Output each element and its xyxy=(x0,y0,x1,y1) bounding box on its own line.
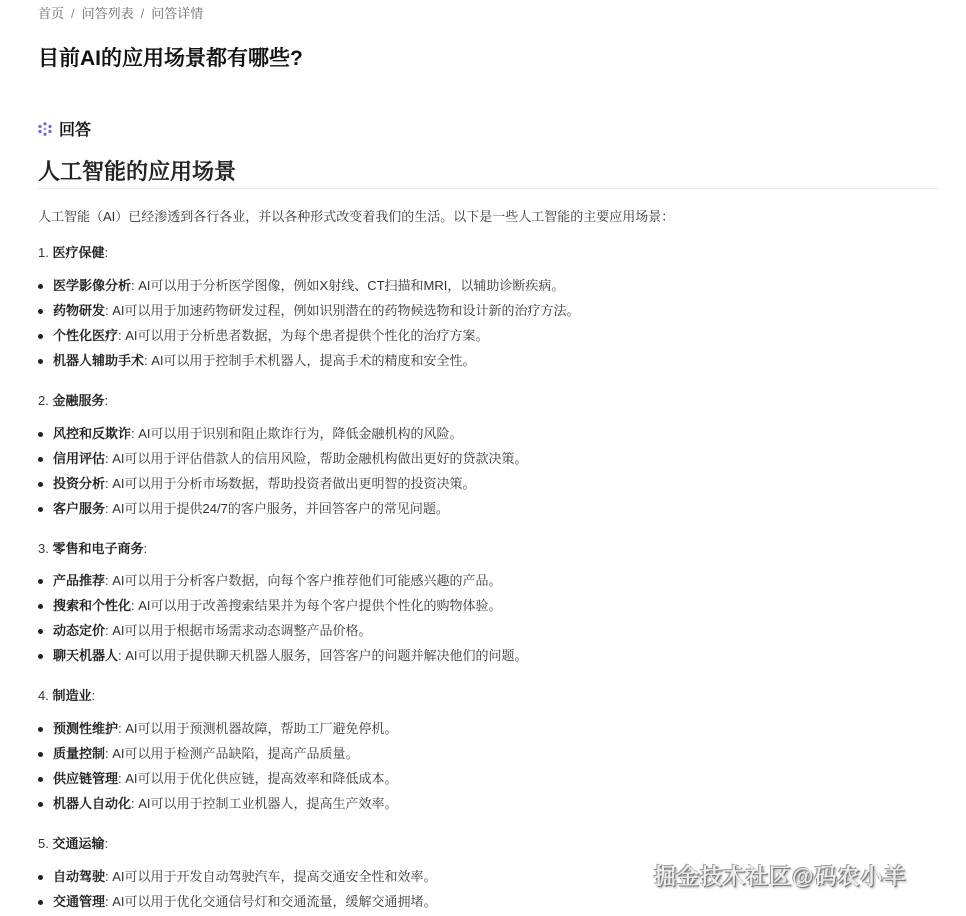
answer-intro: 人工智能（AI）已经渗透到各行各业，并以各种形式改变着我们的生活。以下是一些人工… xyxy=(38,206,674,225)
watermark: 掘金技术社区@码农小羊 xyxy=(654,860,906,891)
breadcrumb-current: 问答详情 xyxy=(151,6,203,21)
item-term: 动态定价 xyxy=(53,623,105,638)
item-term: 药物研发 xyxy=(53,303,105,318)
section-list: 自动驾驶: AI可以用于开发自动驾驶汽车，提高交通安全性和效率。 交通管理: A… xyxy=(38,864,437,914)
item-term: 投资分析 xyxy=(53,476,105,491)
item-term: 交通管理 xyxy=(53,894,105,909)
section-title: 制造业 xyxy=(52,688,91,703)
section-title: 医疗保健 xyxy=(52,245,104,260)
list-item: 机器人辅助手术: AI可以用于控制手术机器人，提高手术的精度和安全性。 xyxy=(38,348,580,373)
list-item: 风控和反欺诈: AI可以用于识别和阻止欺诈行为，降低金融机构的风险。 xyxy=(38,421,528,446)
list-item: 自动驾驶: AI可以用于开发自动驾驶汽车，提高交通安全性和效率。 xyxy=(38,864,437,889)
section-title: 零售和电子商务 xyxy=(52,541,143,556)
section-colon: : xyxy=(91,688,95,703)
section-colon: : xyxy=(104,836,108,851)
section-heading: 2. 金融服务: xyxy=(38,390,108,409)
list-item: 客户服务: AI可以用于提供24/7的客户服务，并回答客户的常见问题。 xyxy=(38,496,528,521)
item-term: 产品推荐 xyxy=(53,573,105,588)
list-item: 机器人自动化: AI可以用于控制工业机器人，提高生产效率。 xyxy=(38,791,398,816)
answer-label-text: 回答 xyxy=(59,117,91,140)
section-heading: 3. 零售和电子商务: xyxy=(38,538,147,557)
item-desc: : AI可以用于优化供应链，提高效率和降低成本。 xyxy=(118,771,398,786)
section-heading: 4. 制造业: xyxy=(38,685,95,704)
section-number: 3. xyxy=(38,541,49,556)
section-number: 2. xyxy=(38,393,49,408)
item-term: 自动驾驶 xyxy=(53,869,105,884)
breadcrumb-home[interactable]: 首页 xyxy=(38,6,64,21)
item-desc: : AI可以用于优化交通信号灯和交通流量，缓解交通拥堵。 xyxy=(105,894,437,909)
item-term: 客户服务 xyxy=(53,501,105,516)
section-list: 医学影像分析: AI可以用于分析医学图像，例如X射线、CT扫描和MRI，以辅助诊… xyxy=(38,273,580,373)
list-item: 信用评估: AI可以用于评估借款人的信用风险，帮助金融机构做出更好的贷款决策。 xyxy=(38,446,528,471)
section-heading: 5. 交通运输: xyxy=(38,833,108,852)
section-title: 金融服务 xyxy=(52,393,104,408)
item-desc: : AI可以用于分析医学图像，例如X射线、CT扫描和MRI，以辅助诊断疾病。 xyxy=(131,278,564,293)
item-desc: : AI可以用于提供24/7的客户服务，并回答客户的常见问题。 xyxy=(105,501,449,516)
list-item: 医学影像分析: AI可以用于分析医学图像，例如X射线、CT扫描和MRI，以辅助诊… xyxy=(38,273,580,298)
question-title: 目前AI的应用场景都有哪些? xyxy=(38,42,303,72)
item-term: 供应链管理 xyxy=(53,771,118,786)
list-item: 质量控制: AI可以用于检测产品缺陷，提高产品质量。 xyxy=(38,741,398,766)
breadcrumb: 首页/问答列表/问答详情 xyxy=(38,3,203,22)
section-number: 5. xyxy=(38,836,49,851)
item-desc: : AI可以用于改善搜索结果并为每个客户提供个性化的购物体验。 xyxy=(131,598,502,613)
item-desc: : AI可以用于开发自动驾驶汽车，提高交通安全性和效率。 xyxy=(105,869,437,884)
breadcrumb-question-list[interactable]: 问答列表 xyxy=(82,6,134,21)
item-term: 风控和反欺诈 xyxy=(53,426,131,441)
item-term: 质量控制 xyxy=(53,746,105,761)
list-item: 预测性维护: AI可以用于预测机器故障，帮助工厂避免停机。 xyxy=(38,716,398,741)
breadcrumb-separator: / xyxy=(141,6,145,21)
list-item: 交通管理: AI可以用于优化交通信号灯和交通流量，缓解交通拥堵。 xyxy=(38,889,437,914)
section-colon: : xyxy=(143,541,147,556)
item-desc: : AI可以用于预测机器故障，帮助工厂避免停机。 xyxy=(118,721,398,736)
item-desc: : AI可以用于加速药物研发过程，例如识别潜在的药物候选物和设计新的治疗方法。 xyxy=(105,303,580,318)
item-desc: : AI可以用于根据市场需求动态调整产品价格。 xyxy=(105,623,372,638)
item-desc: : AI可以用于控制手术机器人，提高手术的精度和安全性。 xyxy=(144,353,476,368)
list-item: 投资分析: AI可以用于分析市场数据，帮助投资者做出更明智的投资决策。 xyxy=(38,471,528,496)
item-term: 搜索和个性化 xyxy=(53,598,131,613)
item-desc: : AI可以用于分析客户数据，向每个客户推荐他们可能感兴趣的产品。 xyxy=(105,573,502,588)
answer-label: 回答 xyxy=(38,117,91,140)
item-desc: : AI可以用于检测产品缺陷，提高产品质量。 xyxy=(105,746,359,761)
section-colon: : xyxy=(104,245,108,260)
item-desc: : AI可以用于控制工业机器人，提高生产效率。 xyxy=(131,796,398,811)
section-number: 4. xyxy=(38,688,49,703)
answer-heading: 人工智能的应用场景 xyxy=(38,155,236,186)
item-term: 机器人辅助手术 xyxy=(53,353,144,368)
item-term: 医学影像分析 xyxy=(53,278,131,293)
item-term: 机器人自动化 xyxy=(53,796,131,811)
section-list: 风控和反欺诈: AI可以用于识别和阻止欺诈行为，降低金融机构的风险。 信用评估:… xyxy=(38,421,528,521)
item-desc: : AI可以用于提供聊天机器人服务，回答客户的问题并解决他们的问题。 xyxy=(118,648,528,663)
item-desc: : AI可以用于分析市场数据，帮助投资者做出更明智的投资决策。 xyxy=(105,476,476,491)
breadcrumb-separator: / xyxy=(71,6,75,21)
section-heading: 1. 医疗保健: xyxy=(38,242,108,261)
list-item: 供应链管理: AI可以用于优化供应链，提高效率和降低成本。 xyxy=(38,766,398,791)
item-term: 聊天机器人 xyxy=(53,648,118,663)
item-desc: : AI可以用于评估借款人的信用风险，帮助金融机构做出更好的贷款决策。 xyxy=(105,451,528,466)
item-term: 预测性维护 xyxy=(53,721,118,736)
section-list: 预测性维护: AI可以用于预测机器故障，帮助工厂避免停机。 质量控制: AI可以… xyxy=(38,716,398,816)
divider xyxy=(38,188,938,189)
item-desc: : AI可以用于分析患者数据，为每个患者提供个性化的治疗方案。 xyxy=(118,328,489,343)
list-item: 个性化医疗: AI可以用于分析患者数据，为每个患者提供个性化的治疗方案。 xyxy=(38,323,580,348)
list-item: 搜索和个性化: AI可以用于改善搜索结果并为每个客户提供个性化的购物体验。 xyxy=(38,593,528,618)
section-list: 产品推荐: AI可以用于分析客户数据，向每个客户推荐他们可能感兴趣的产品。 搜索… xyxy=(38,568,528,668)
item-term: 信用评估 xyxy=(53,451,105,466)
list-item: 药物研发: AI可以用于加速药物研发过程，例如识别潜在的药物候选物和设计新的治疗… xyxy=(38,298,580,323)
item-term: 个性化医疗 xyxy=(53,328,118,343)
item-desc: : AI可以用于识别和阻止欺诈行为，降低金融机构的风险。 xyxy=(131,426,463,441)
section-title: 交通运输 xyxy=(52,836,104,851)
section-colon: : xyxy=(104,393,108,408)
list-item: 产品推荐: AI可以用于分析客户数据，向每个客户推荐他们可能感兴趣的产品。 xyxy=(38,568,528,593)
list-item: 动态定价: AI可以用于根据市场需求动态调整产品价格。 xyxy=(38,618,528,643)
sparkle-icon xyxy=(38,122,52,136)
section-number: 1. xyxy=(38,245,49,260)
list-item: 聊天机器人: AI可以用于提供聊天机器人服务，回答客户的问题并解决他们的问题。 xyxy=(38,643,528,668)
